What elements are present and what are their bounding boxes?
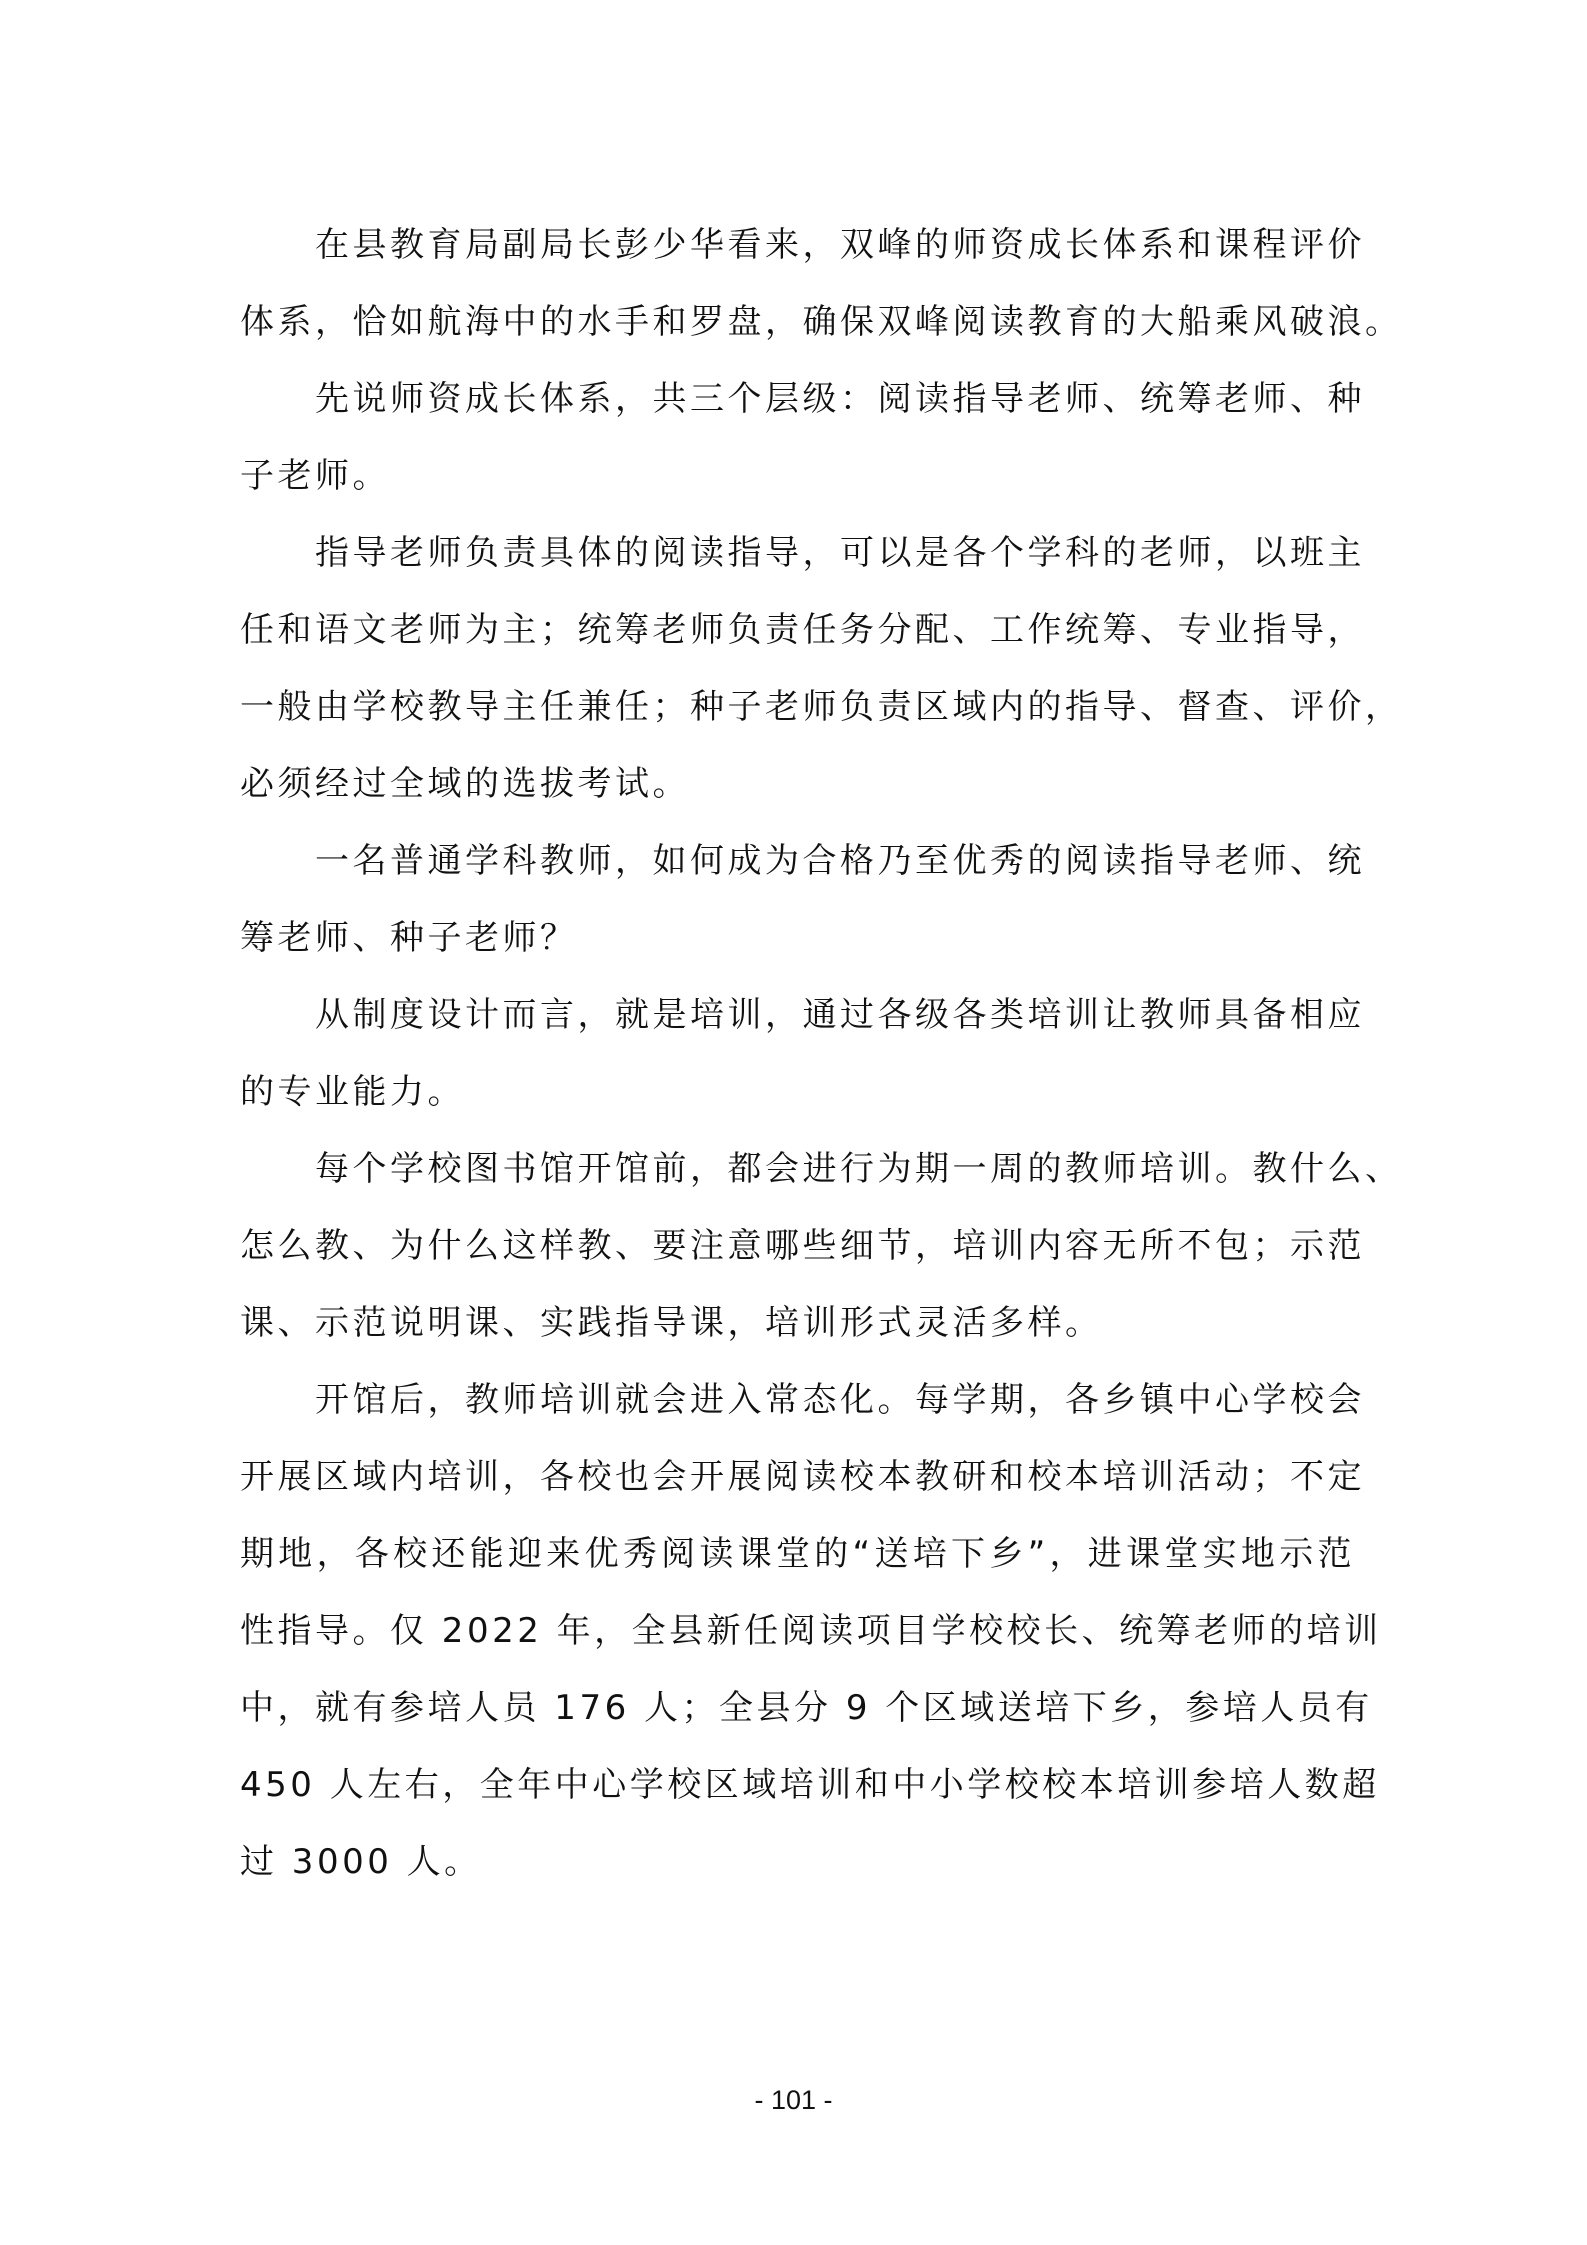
text-line: 中，就有参培人员 176 人；全县分 9 个区域送培下乡，参培人员有 (240, 1670, 1355, 1747)
paragraph-1: 在县教育局副局长彭少华看来，双峰的师资成长体系和课程评价 体系，恰如航海中的水手… (240, 207, 1355, 361)
paragraph-2: 先说师资成长体系，共三个层级：阅读指导老师、统筹老师、种 子老师。 (240, 361, 1355, 515)
text-line: 从制度设计而言，就是培训，通过各级各类培训让教师具备相应 (240, 977, 1355, 1054)
paragraph-4: 一名普通学科教师，如何成为合格乃至优秀的阅读指导老师、统 筹老师、种子老师？ (240, 823, 1355, 977)
text-line: 任和语文老师为主；统筹老师负责任务分配、工作统筹、专业指导， (240, 592, 1355, 669)
text-line: 筹老师、种子老师？ (240, 900, 1355, 977)
text-line: 每个学校图书馆开馆前，都会进行为期一周的教师培训。教什么、 (240, 1131, 1355, 1208)
page-number: - 101 - (0, 2085, 1587, 2116)
paragraph-6: 每个学校图书馆开馆前，都会进行为期一周的教师培训。教什么、 怎么教、为什么这样教… (240, 1131, 1355, 1362)
document-page: 在县教育局副局长彭少华看来，双峰的师资成长体系和课程评价 体系，恰如航海中的水手… (240, 207, 1355, 1901)
text-line: 必须经过全域的选拔考试。 (240, 746, 1355, 823)
text-line: 在县教育局副局长彭少华看来，双峰的师资成长体系和课程评价 (240, 207, 1355, 284)
text-line: 过 3000 人。 (240, 1824, 1355, 1901)
text-line: 课、示范说明课、实践指导课，培训形式灵活多样。 (240, 1285, 1355, 1362)
text-line: 指导老师负责具体的阅读指导，可以是各个学科的老师，以班主 (240, 515, 1355, 592)
text-line: 一名普通学科教师，如何成为合格乃至优秀的阅读指导老师、统 (240, 823, 1355, 900)
paragraph-5: 从制度设计而言，就是培训，通过各级各类培训让教师具备相应 的专业能力。 (240, 977, 1355, 1131)
text-line: 期地，各校还能迎来优秀阅读课堂的“送培下乡”，进课堂实地示范 (240, 1516, 1355, 1593)
text-line: 怎么教、为什么这样教、要注意哪些细节，培训内容无所不包；示范 (240, 1208, 1355, 1285)
text-line: 子老师。 (240, 438, 1355, 515)
text-line: 的专业能力。 (240, 1054, 1355, 1131)
paragraph-7: 开馆后，教师培训就会进入常态化。每学期，各乡镇中心学校会 开展区域内培训，各校也… (240, 1362, 1355, 1901)
paragraph-3: 指导老师负责具体的阅读指导，可以是各个学科的老师，以班主 任和语文老师为主；统筹… (240, 515, 1355, 823)
text-line: 一般由学校教导主任兼任；种子老师负责区域内的指导、督查、评价， (240, 669, 1355, 746)
text-line: 450 人左右，全年中心学校区域培训和中小学校校本培训参培人数超 (240, 1747, 1355, 1824)
text-line: 先说师资成长体系，共三个层级：阅读指导老师、统筹老师、种 (240, 361, 1355, 438)
text-line: 性指导。仅 2022 年，全县新任阅读项目学校校长、统筹老师的培训 (240, 1593, 1355, 1670)
text-line: 体系，恰如航海中的水手和罗盘，确保双峰阅读教育的大船乘风破浪。 (240, 284, 1355, 361)
text-line: 开馆后，教师培训就会进入常态化。每学期，各乡镇中心学校会 (240, 1362, 1355, 1439)
text-line: 开展区域内培训，各校也会开展阅读校本教研和校本培训活动；不定 (240, 1439, 1355, 1516)
